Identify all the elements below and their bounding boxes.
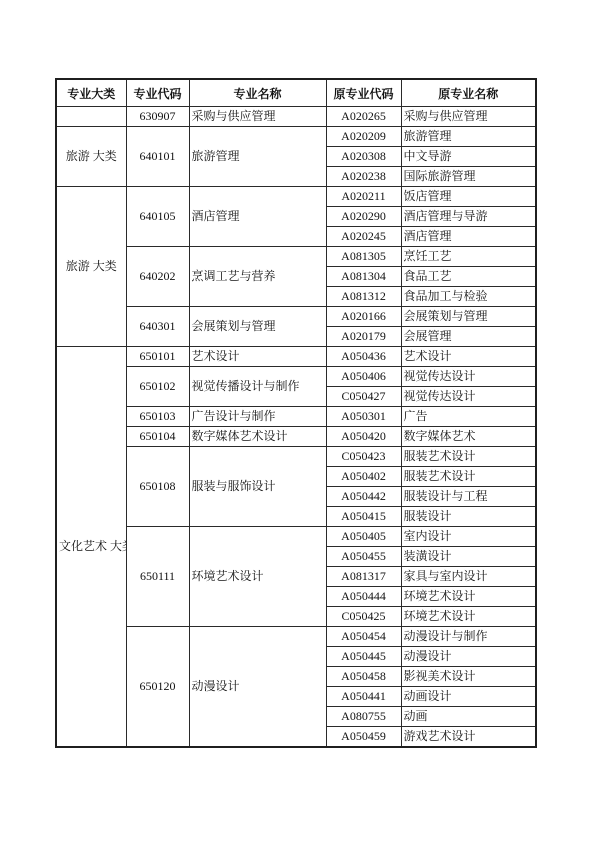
column-header-name: 专业名称 [189, 79, 326, 107]
table-row: 650103广告设计与制作A050301广告 [56, 407, 536, 427]
major-name-cell: 广告设计与制作 [189, 407, 326, 427]
origin-name-cell: 酒店管理 [401, 227, 536, 247]
origin-code-cell: A050455 [326, 547, 401, 567]
origin-code-cell: A020265 [326, 107, 401, 127]
major-code-cell: 650101 [126, 347, 189, 367]
major-name-cell: 艺术设计 [189, 347, 326, 367]
document-page: 专业大类 专业代码 专业名称 原专业代码 原专业名称 630907采购与供应管理… [0, 0, 595, 841]
table-row: 630907采购与供应管理A020265采购与供应管理 [56, 107, 536, 127]
origin-name-cell: 服装艺术设计 [401, 467, 536, 487]
major-code-cell: 640301 [126, 307, 189, 347]
major-name-cell: 旅游管理 [189, 127, 326, 187]
major-code-cell: 650120 [126, 627, 189, 748]
origin-code-cell: A050458 [326, 667, 401, 687]
major-code-cell: 650111 [126, 527, 189, 627]
table-row: 650120动漫设计A050454动漫设计与制作 [56, 627, 536, 647]
column-header-origin-name: 原专业名称 [401, 79, 536, 107]
major-code-cell: 640105 [126, 187, 189, 247]
table-header: 专业大类 专业代码 专业名称 原专业代码 原专业名称 [56, 79, 536, 107]
origin-name-cell: 动画设计 [401, 687, 536, 707]
origin-code-cell: A020308 [326, 147, 401, 167]
origin-name-cell: 服装艺术设计 [401, 447, 536, 467]
column-header-origin-code: 原专业代码 [326, 79, 401, 107]
origin-code-cell: C050423 [326, 447, 401, 467]
origin-name-cell: 会展策划与管理 [401, 307, 536, 327]
origin-name-cell: 艺术设计 [401, 347, 536, 367]
table-row: 旅游 大类640105酒店管理A020211饭店管理 [56, 187, 536, 207]
major-code-cell: 650103 [126, 407, 189, 427]
origin-code-cell: A050445 [326, 647, 401, 667]
origin-code-cell: A081312 [326, 287, 401, 307]
origin-code-cell: A081304 [326, 267, 401, 287]
origin-code-cell: A020209 [326, 127, 401, 147]
major-name-cell: 采购与供应管理 [189, 107, 326, 127]
origin-code-cell: A080755 [326, 707, 401, 727]
major-code-cell: 640202 [126, 247, 189, 307]
origin-name-cell: 酒店管理与导游 [401, 207, 536, 227]
origin-name-cell: 游戏艺术设计 [401, 727, 536, 748]
origin-code-cell: A020211 [326, 187, 401, 207]
origin-name-cell: 家具与室内设计 [401, 567, 536, 587]
origin-code-cell: A050454 [326, 627, 401, 647]
header-row: 专业大类 专业代码 专业名称 原专业代码 原专业名称 [56, 79, 536, 107]
origin-code-cell: A020166 [326, 307, 401, 327]
major-code-cell: 650104 [126, 427, 189, 447]
major-name-cell: 服装与服饰设计 [189, 447, 326, 527]
origin-name-cell: 国际旅游管理 [401, 167, 536, 187]
table-row: 文化艺术 大类650101艺术设计A050436艺术设计 [56, 347, 536, 367]
origin-name-cell: 服装设计与工程 [401, 487, 536, 507]
major-name-cell: 动漫设计 [189, 627, 326, 748]
major-name-cell: 会展策划与管理 [189, 307, 326, 347]
origin-code-cell: A020245 [326, 227, 401, 247]
origin-name-cell: 食品加工与检验 [401, 287, 536, 307]
column-header-category: 专业大类 [56, 79, 126, 107]
origin-name-cell: 动画 [401, 707, 536, 727]
major-name-cell: 数字媒体艺术设计 [189, 427, 326, 447]
origin-code-cell: A020290 [326, 207, 401, 227]
origin-code-cell: A050420 [326, 427, 401, 447]
origin-code-cell: C050425 [326, 607, 401, 627]
origin-code-cell: A050459 [326, 727, 401, 748]
major-name-cell: 酒店管理 [189, 187, 326, 247]
major-code-cell: 640101 [126, 127, 189, 187]
major-code-cell: 650102 [126, 367, 189, 407]
table-row: 650108服装与服饰设计C050423服装艺术设计 [56, 447, 536, 467]
origin-name-cell: 数字媒体艺术 [401, 427, 536, 447]
origin-name-cell: 室内设计 [401, 527, 536, 547]
origin-code-cell: C050427 [326, 387, 401, 407]
origin-name-cell: 装潢设计 [401, 547, 536, 567]
major-mapping-table: 专业大类 专业代码 专业名称 原专业代码 原专业名称 630907采购与供应管理… [55, 78, 537, 748]
table-row: 640301会展策划与管理A020166会展策划与管理 [56, 307, 536, 327]
origin-name-cell: 动漫设计与制作 [401, 627, 536, 647]
major-name-cell: 环境艺术设计 [189, 527, 326, 627]
origin-code-cell: A050441 [326, 687, 401, 707]
origin-name-cell: 动漫设计 [401, 647, 536, 667]
origin-code-cell: A050405 [326, 527, 401, 547]
category-cell: 文化艺术 大类 [56, 347, 126, 748]
category-cell: 旅游 大类 [56, 187, 126, 347]
origin-code-cell: A050444 [326, 587, 401, 607]
origin-code-cell: A020179 [326, 327, 401, 347]
origin-code-cell: A050406 [326, 367, 401, 387]
origin-code-cell: A020238 [326, 167, 401, 187]
origin-name-cell: 广告 [401, 407, 536, 427]
table-row: 旅游 大类640101旅游管理A020209旅游管理 [56, 127, 536, 147]
origin-name-cell: 会展管理 [401, 327, 536, 347]
origin-name-cell: 视觉传达设计 [401, 367, 536, 387]
major-name-cell: 视觉传播设计与制作 [189, 367, 326, 407]
table-row: 640202烹调工艺与营养A081305烹饪工艺 [56, 247, 536, 267]
category-cell: 旅游 大类 [56, 127, 126, 187]
origin-name-cell: 烹饪工艺 [401, 247, 536, 267]
origin-name-cell: 视觉传达设计 [401, 387, 536, 407]
table-row: 650104数字媒体艺术设计A050420数字媒体艺术 [56, 427, 536, 447]
origin-name-cell: 影视美术设计 [401, 667, 536, 687]
origin-name-cell: 饭店管理 [401, 187, 536, 207]
origin-name-cell: 环境艺术设计 [401, 607, 536, 627]
origin-code-cell: A050436 [326, 347, 401, 367]
table-body: 630907采购与供应管理A020265采购与供应管理旅游 大类640101旅游… [56, 107, 536, 748]
category-cell [56, 107, 126, 127]
origin-code-cell: A050442 [326, 487, 401, 507]
origin-name-cell: 食品工艺 [401, 267, 536, 287]
origin-code-cell: A081317 [326, 567, 401, 587]
column-header-code: 专业代码 [126, 79, 189, 107]
origin-code-cell: A050402 [326, 467, 401, 487]
origin-name-cell: 旅游管理 [401, 127, 536, 147]
table-row: 650111环境艺术设计A050405室内设计 [56, 527, 536, 547]
origin-code-cell: A050301 [326, 407, 401, 427]
origin-name-cell: 采购与供应管理 [401, 107, 536, 127]
origin-name-cell: 服装设计 [401, 507, 536, 527]
major-code-cell: 650108 [126, 447, 189, 527]
table-row: 650102视觉传播设计与制作A050406视觉传达设计 [56, 367, 536, 387]
origin-code-cell: A081305 [326, 247, 401, 267]
origin-code-cell: A050415 [326, 507, 401, 527]
origin-name-cell: 中文导游 [401, 147, 536, 167]
origin-name-cell: 环境艺术设计 [401, 587, 536, 607]
major-code-cell: 630907 [126, 107, 189, 127]
major-name-cell: 烹调工艺与营养 [189, 247, 326, 307]
